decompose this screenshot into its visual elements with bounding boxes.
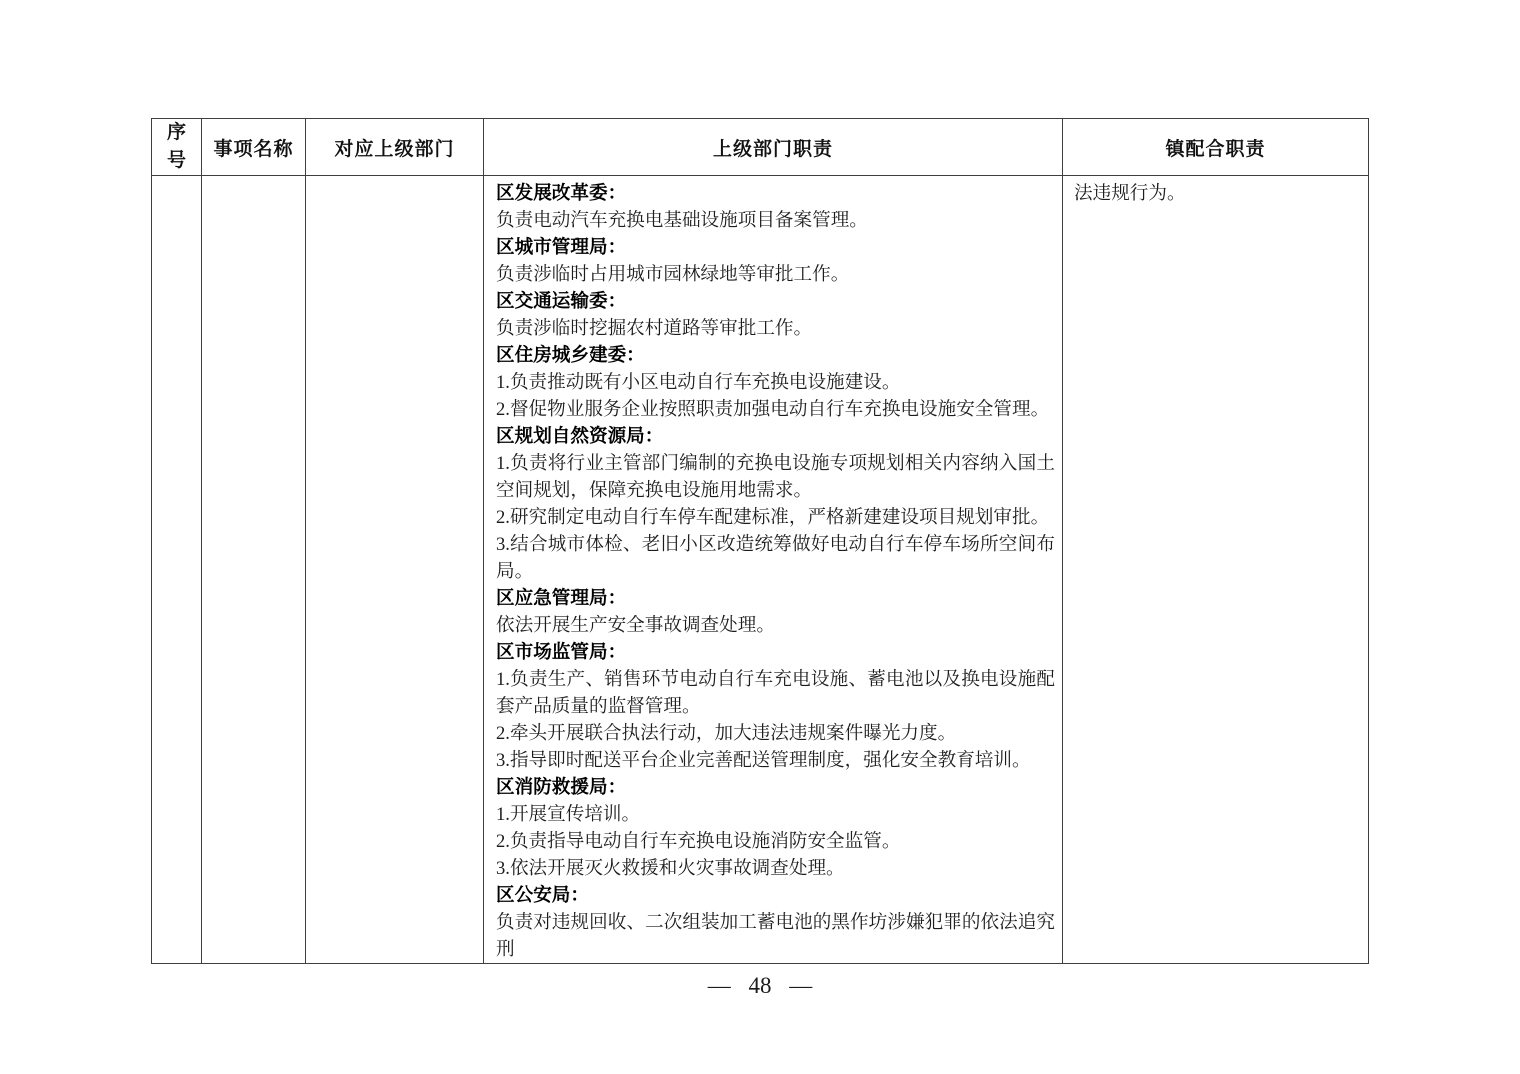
duty-line: 2.研究制定电动自行车停车配建标准，严格新建建设项目规划审批。 [496, 504, 1055, 531]
superior-duties-list: 区发展改革委：负责电动汽车充换电基础设施项目备案管理。区城市管理局：负责涉临时占… [496, 180, 1055, 963]
duty-line: 3.依法开展灭火救援和火灾事故调查处理。 [496, 855, 1055, 882]
table-header-row: 序号 事项名称 对应上级部门 上级部门职责 镇配合职责 [152, 119, 1369, 176]
duty-line: 3.指导即时配送平台企业完善配送管理制度，强化安全教育培训。 [496, 747, 1055, 774]
duty-line: 1.负责生产、销售环节电动自行车充电设施、蓄电池以及换电设施配套产品质量的监督管… [496, 666, 1055, 720]
responsibility-table: 序号 事项名称 对应上级部门 上级部门职责 镇配合职责 区发展改革委：负责电动汽… [151, 118, 1369, 964]
duty-line: 区规划自然资源局： [496, 423, 1055, 450]
duty-line: 2.督促物业服务企业按照职责加强电动自行车充换电设施安全管理。 [496, 396, 1055, 423]
header-seq: 序号 [152, 119, 202, 176]
duty-line: 1.负责推动既有小区电动自行车充换电设施建设。 [496, 369, 1055, 396]
duty-line: 3.结合城市体检、老旧小区改造统筹做好电动自行车停车场所空间布局。 [496, 531, 1055, 585]
duty-line: 区公安局： [496, 882, 1055, 909]
cell-superior-duties: 区发展改革委：负责电动汽车充换电基础设施项目备案管理。区城市管理局：负责涉临时占… [484, 176, 1063, 964]
cell-town-duties: 法违规行为。 [1063, 176, 1369, 964]
town-duties-text: 法违规行为。 [1074, 180, 1358, 207]
duty-line: 区应急管理局： [496, 585, 1055, 612]
cell-superior-department [306, 176, 484, 964]
duty-line: 1.开展宣传培训。 [496, 801, 1055, 828]
document-page: 序号 事项名称 对应上级部门 上级部门职责 镇配合职责 区发展改革委：负责电动汽… [0, 0, 1520, 1074]
header-item-name: 事项名称 [202, 119, 306, 176]
header-seq-label: 序号 [166, 119, 188, 174]
header-superior-duties: 上级部门职责 [484, 119, 1063, 176]
duty-line: 区交通运输委： [496, 288, 1055, 315]
cell-item-name [202, 176, 306, 964]
duty-line: 负责对违规回收、二次组装加工蓄电池的黑作坊涉嫌犯罪的依法追究刑 [496, 909, 1055, 963]
duty-line: 依法开展生产安全事故调查处理。 [496, 612, 1055, 639]
header-town-duties: 镇配合职责 [1063, 119, 1369, 176]
duty-line: 区市场监管局： [496, 639, 1055, 666]
duty-line: 负责涉临时挖掘农村道路等审批工作。 [496, 315, 1055, 342]
header-superior-department: 对应上级部门 [306, 119, 484, 176]
duty-line: 负责涉临时占用城市园林绿地等审批工作。 [496, 261, 1055, 288]
table-body-row: 区发展改革委：负责电动汽车充换电基础设施项目备案管理。区城市管理局：负责涉临时占… [152, 176, 1369, 964]
duty-line: 2.负责指导电动自行车充换电设施消防安全监管。 [496, 828, 1055, 855]
duty-line: 1.负责将行业主管部门编制的充换电设施专项规划相关内容纳入国土空间规划，保障充换… [496, 450, 1055, 504]
duty-line: 区发展改革委： [496, 180, 1055, 207]
duty-line: 区消防救援局： [496, 774, 1055, 801]
duty-line: 负责电动汽车充换电基础设施项目备案管理。 [496, 207, 1055, 234]
duty-line: 区城市管理局： [496, 234, 1055, 261]
cell-seq [152, 176, 202, 964]
page-number: — 48 — [0, 973, 1520, 999]
duty-line: 2.牵头开展联合执法行动，加大违法违规案件曝光力度。 [496, 720, 1055, 747]
duty-line: 区住房城乡建委： [496, 342, 1055, 369]
